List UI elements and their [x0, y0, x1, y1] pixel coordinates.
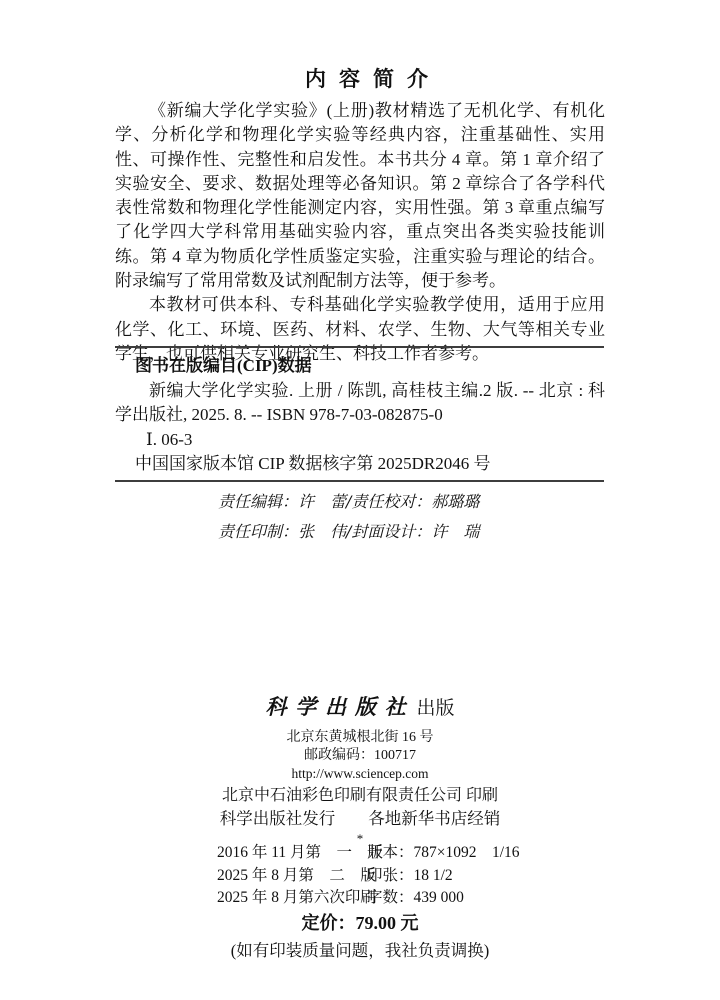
cip-classification: Ⅰ. 06-3	[146, 428, 605, 453]
publisher-postcode: 邮政编码：100717	[0, 747, 720, 765]
credits-printer-designer: 责任印制：张 伟/封面设计：许 瑞	[218, 517, 479, 547]
cip-block: 图书在版编目(CIP)数据 新编大学化学实验. 上册 / 陈凯, 高桂枝主编.2…	[115, 354, 605, 477]
cip-heading: 图书在版编目(CIP)数据	[135, 354, 605, 379]
edition-date-1: 2016 年 11 月第 一 版	[217, 842, 367, 865]
format-spec: 开本：787×1092 1/16	[367, 844, 520, 861]
book-copyright-page: 内容简介 《新编大学化学实验》(上册)教材精选了无机化学、有机化学、分析化学和物…	[0, 0, 720, 1000]
printing-info-table: 2016 年 11 月第 一 版开本：787×1092 1/16 2025 年 …	[217, 842, 520, 910]
printer-name: 北京中石油彩色印刷有限责任公司 印刷	[0, 785, 720, 807]
cip-entry: 新编大学化学实验. 上册 / 陈凯, 高桂枝主编.2 版. -- 北京 : 科学…	[115, 379, 605, 428]
quality-note: (如有印装质量问题，我社负责调换)	[0, 937, 720, 961]
cip-record-number: 中国国家版本馆 CIP 数据核字第 2025DR2046 号	[135, 452, 605, 477]
publisher-logo-suffix: 出版	[417, 698, 455, 719]
sheet-count: 印张：18 1/2	[367, 867, 453, 884]
print-run-date: 2025 年 8 月第六次印刷	[217, 887, 367, 910]
intro-paragraph-1: 《新编大学化学实验》(上册)教材精选了无机化学、有机化学、分析化学和物理化学实验…	[115, 99, 605, 293]
price: 定价：79.00 元	[0, 909, 720, 935]
page-title: 内容简介	[0, 63, 720, 93]
edition-date-2: 2025 年 8 月第 二 版	[217, 865, 367, 888]
printing-row-print-run: 2025 年 8 月第六次印刷字数：439 000	[217, 887, 520, 910]
publisher-address: 北京东黄城根北街 16 号	[0, 729, 720, 747]
publisher-logo: 科学出版社	[265, 694, 414, 719]
divider-bottom	[115, 480, 604, 482]
distribution-line: 科学出版社发行 各地新华书店经销	[0, 807, 720, 831]
printing-row-first-edition: 2016 年 11 月第 一 版开本：787×1092 1/16	[217, 842, 520, 865]
staff-credits: 责任编辑：许 蕾/责任校对：郝璐璐 责任印制：张 伟/封面设计：许 瑞	[218, 487, 479, 547]
publisher-url: http://www.sciencep.com	[0, 765, 720, 782]
intro-text-block: 《新编大学化学实验》(上册)教材精选了无机化学、有机化学、分析化学和物理化学实验…	[115, 99, 605, 366]
divider-top	[115, 346, 604, 348]
printing-row-second-edition: 2025 年 8 月第 二 版印张：18 1/2	[217, 865, 520, 888]
publisher-block: 科学出版社出版 北京东黄城根北街 16 号 邮政编码：100717 http:/…	[0, 694, 720, 847]
credits-editor-proofreader: 责任编辑：许 蕾/责任校对：郝璐璐	[218, 487, 479, 517]
word-count: 字数：439 000	[367, 889, 464, 906]
publisher-logo-line: 科学出版社出版	[0, 694, 720, 722]
